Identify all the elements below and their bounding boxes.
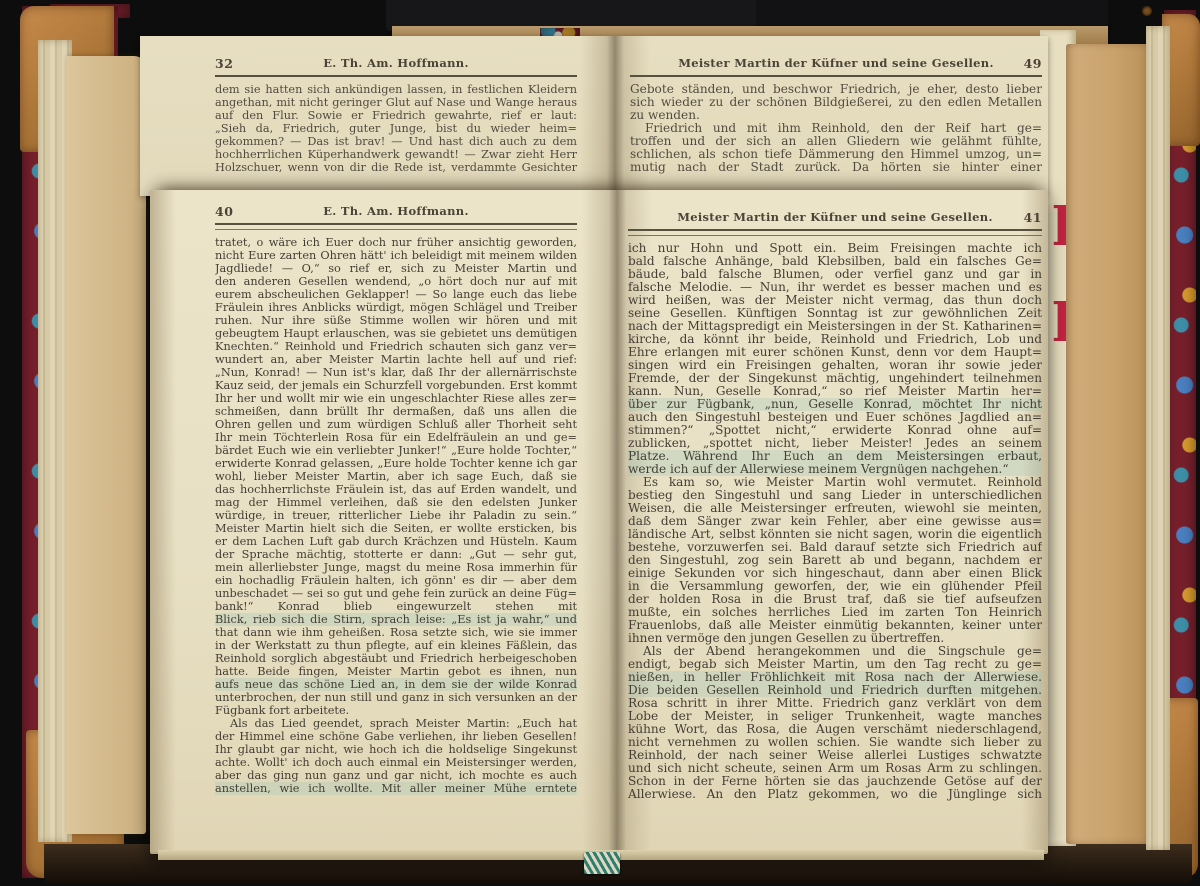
text-line: der Himmel eine schöne Gabe verliehen, i…	[215, 730, 577, 743]
page-40-text: tratet, o wäre ich Euer doch nur früher …	[215, 236, 577, 795]
text-line: endigt, begab sich Meister Martin, um de…	[628, 658, 1042, 671]
text-line: seine Gesellen. Künftigen Sonntag ist zu…	[628, 307, 1042, 320]
text-line: dem sie hatten sich ankündigen lassen, i…	[215, 83, 577, 96]
text-line: stimmen?“ „Spottet nicht,“ erwiderte Kon…	[628, 424, 1042, 437]
spine-headband	[584, 852, 620, 874]
text-line: mag der Himmel verleihen, daß sie den ed…	[215, 496, 577, 509]
text-line: Platze. Während Ihr Euch an dem Meisters…	[628, 450, 1042, 463]
text-line: Holzschuer, wenn von dir die Rede ist, v…	[215, 161, 577, 174]
text-line: unterbrochen, der nun still und ganz in …	[215, 691, 577, 704]
text-line: hatte. Beide fingen, Meister Martin gebo…	[215, 665, 577, 678]
left-edge-shade	[150, 190, 176, 852]
text-line: Fräulein ihres Anblicks würdigt, mögen S…	[215, 301, 577, 314]
text-line: tratet, o wäre ich Euer doch nur früher …	[215, 236, 577, 249]
page-32-header: 32 E. Th. Am. Hoffmann.	[215, 56, 577, 72]
page-49-text: Gebote ständen, und beschwor Friedrich, …	[630, 83, 1042, 174]
text-line: ein hochadlig Fräulein halten, ich gönn'…	[215, 574, 577, 587]
text-line: Kauz seid, der jemals ein Schurzfell vor…	[215, 379, 577, 392]
running-header: Meister Martin der Küfner und seine Gese…	[628, 210, 1042, 224]
main-page-spread: 40 E. Th. Am. Hoffmann. tratet, o wäre i…	[150, 190, 1048, 854]
text-line: das hochherrlichste Fräulein ist, das au…	[215, 483, 577, 496]
text-line: Ihr glaubt gar nicht, wie hoch ich die h…	[215, 743, 577, 756]
text-line: kann. Nun, Geselle Konrad,“ so rief Meis…	[628, 385, 1042, 398]
page-41: Meister Martin der Küfner und seine Gese…	[628, 210, 1042, 801]
text-line: eurem abscheulichen Geklapper! — So lang…	[215, 288, 577, 301]
text-line: aber das ging nun ganz und gar nicht, ic…	[215, 769, 577, 782]
text-line: bald falsche Anhänge, bald Klebsilben, b…	[628, 255, 1042, 268]
page-49: Meister Martin der Küfner und seine Gese…	[630, 56, 1042, 174]
text-line: achte. Wollt' ich doch auch einmal ein M…	[215, 756, 577, 769]
text-line: anstellen, wie ich wollte. Mit aller mei…	[215, 782, 577, 795]
text-line: über zur Fügbank, „nun, Geselle Konrad, …	[628, 398, 1042, 411]
text-line: Ihr mein Töchterlein Rosa für ein Edelfr…	[215, 431, 577, 444]
text-line: Lobe der Meister, in seliger Trunkenheit…	[628, 710, 1042, 723]
page-32: 32 E. Th. Am. Hoffmann. dem sie hatten s…	[215, 56, 577, 174]
text-line: daß dem Sänger zwar kein Fehler, aber ei…	[628, 515, 1042, 528]
text-line: mußte, ein solches herrliches Lied im za…	[628, 606, 1042, 619]
text-line: Frauenlobs, daß alle Meister einmütig be…	[628, 619, 1042, 632]
text-line: bank!“ Konrad blieb eingewurzelt stehen …	[215, 600, 577, 613]
header-rule-secondary	[215, 229, 577, 230]
text-line: den anderen Gesellen wendend, „o hört do…	[215, 275, 577, 288]
text-line: ländische Art, selbst könnten sie nicht …	[628, 528, 1042, 541]
text-line: Reinhold, der nach seiner Weise allerlei…	[628, 749, 1042, 762]
running-header: Meister Martin der Küfner und seine Gese…	[630, 56, 1042, 70]
text-line: Es kam so, wie Meister Martin wohl vermu…	[628, 476, 1042, 489]
text-line: Jagdliede! — O,“ so rief er, sich zu Mei…	[215, 262, 577, 275]
text-line: würdige, in treuer, ritterlicher Liebe i…	[215, 509, 577, 522]
text-line: nicht Eure zarten Ohren hätt' ich beleid…	[215, 249, 577, 262]
text-line: schlichen, als schon tiefe Dämmerung den…	[630, 148, 1042, 161]
text-line: Weisen, die alle Meistersinger erfreuten…	[628, 502, 1042, 515]
text-line: nießen, in heller Fröhlichkeit mit Rosa …	[628, 671, 1042, 684]
text-line: falsche Melodie. — Nun, ihr werdet es be…	[628, 281, 1042, 294]
page-41-header: Meister Martin der Küfner und seine Gese…	[628, 210, 1042, 226]
page-number: 49	[1024, 56, 1042, 71]
text-line: Knechten.“ Reinhold und Friedrich schaut…	[215, 340, 577, 353]
page-49-header: Meister Martin der Küfner und seine Gese…	[630, 56, 1042, 72]
header-rule	[630, 75, 1042, 77]
text-line: „Nun, Konrad! — Nun ist's klar, daß Ihr …	[215, 366, 577, 379]
text-line: singen wird ein Freisingen gehalten, wor…	[628, 359, 1042, 372]
text-line: Friedrich und mit ihm Reinhold, den der …	[630, 122, 1042, 135]
text-line: Meister Martin hielt sich die Seiten, er…	[215, 522, 577, 535]
text-line: nicht vernehmen zu wollen schien. Sie wa…	[628, 736, 1042, 749]
tan-blank-leaf-left	[66, 56, 146, 834]
text-line: gebeugtem Haupt erlauschen, was sie gebi…	[215, 327, 577, 340]
text-line: der Sprache mächtig, stotterte er dann: …	[215, 548, 577, 561]
text-line: schmeißen, dann brüllt Ihr dermaßen, daß…	[215, 405, 577, 418]
text-line: hochherrlichen Küperhandwerk gewandt! — …	[215, 148, 577, 161]
text-line: kühne Wort, das Rosa, die Augen verschäm…	[628, 723, 1042, 736]
header-rule	[215, 223, 577, 225]
text-line: ihnen vermöge den jungen Gesellen zu übe…	[628, 632, 1042, 645]
page-number: 32	[215, 56, 233, 71]
tan-blank-leaf-right	[1066, 44, 1150, 844]
text-line: Als der Abend herangekommen und die Sing…	[628, 645, 1042, 658]
text-line: bärdet Euch wie ein verliebter Junker!“ …	[215, 444, 577, 457]
page-32-text: dem sie hatten sich ankündigen lassen, i…	[215, 83, 577, 174]
text-line: kirche, da könnt ihr beide, Reinhold und…	[628, 333, 1042, 346]
text-line: Allerwiese. An den Platz gekommen, wo di…	[628, 788, 1042, 801]
page-number: 41	[1024, 210, 1042, 225]
text-line: erwiderte Konrad gelassen, „Eure holde T…	[215, 457, 577, 470]
text-line: bestieg den Singestuhl und sang Lieder i…	[628, 489, 1042, 502]
text-line: Fügbank fort arbeitete.	[215, 704, 577, 717]
text-line: Als das Lied geendet, sprach Meister Mar…	[215, 717, 577, 730]
upper-page-spread: 32 E. Th. Am. Hoffmann. dem sie hatten s…	[140, 36, 1048, 196]
text-line: wundert an, aber Meister Martin lachte h…	[215, 353, 577, 366]
text-line: Schon in der Ferne hörten sie das jauchz…	[628, 775, 1042, 788]
text-line: that dann wie ihm geheißen. Rosa setzte …	[215, 626, 577, 639]
running-header: E. Th. Am. Hoffmann.	[215, 204, 577, 218]
text-line: Die beiden Gesellen Reinhold und Friedri…	[628, 684, 1042, 697]
text-line: nach der Mittagspredigt ein Meistersinge…	[628, 320, 1042, 333]
text-line: unbeschadet — sei so gut und gehe fein z…	[215, 587, 577, 600]
text-line: aufs neue das schöne Lied an, in dem sie…	[215, 678, 577, 691]
header-rule	[215, 75, 577, 77]
text-line: auf den Flur. Sowie er Friedrich gewahrt…	[215, 109, 577, 122]
text-line: einige Sekunden vor sich hingeschaut, da…	[628, 567, 1042, 580]
text-line: Gebote ständen, und beschwor Friedrich, …	[630, 83, 1042, 96]
text-line: mein allerliebster Junge, magst du meine…	[215, 561, 577, 574]
page-number: 40	[215, 204, 233, 219]
text-line: Fremde, der der Singekunst mächtig, unge…	[628, 372, 1042, 385]
text-line: bestehe, vorzuwerfen sei. Bald darauf se…	[628, 541, 1042, 554]
text-line: Ihr her und wollt mir wie ein ungeschlac…	[215, 392, 577, 405]
text-line: „Sieh da, Friedrich, guter Junge, bist d…	[215, 122, 577, 135]
text-line: auch den Singestuhl besteigen und Euer s…	[628, 411, 1042, 424]
text-line: in die Versammlung geworfen, der, wie ei…	[628, 580, 1042, 593]
text-line: zublicken, „spottet nicht, lieber Meiste…	[628, 437, 1042, 450]
text-line: Ehre erlangen mit eurer schönen Kunst, d…	[628, 346, 1042, 359]
text-line: mutig nach der Stadt zurück. Da hörten s…	[630, 161, 1042, 174]
text-line: werde ich auf der Allerwiese meinem Verg…	[628, 463, 1042, 476]
text-line: bäude, bald falsche Blumen, oder verfiel…	[628, 268, 1042, 281]
text-line: zu wenden.	[630, 109, 1042, 122]
text-line: ruhen. Nur ihre süße Stimme wollen wir h…	[215, 314, 577, 327]
text-line: und sich nicht scheute, seinen Arm um Ro…	[628, 762, 1042, 775]
page-40: 40 E. Th. Am. Hoffmann. tratet, o wäre i…	[215, 204, 577, 795]
text-line: troffen und der sich an allen Gliedern w…	[630, 135, 1042, 148]
spine-cord-knot	[1142, 6, 1152, 16]
text-line: er dem Lachen Luft gab durch Krächzen un…	[215, 535, 577, 548]
book-photo: l l 32 E. Th. Am. Hoffmann. dem sie hatt…	[0, 0, 1200, 886]
page-40-header: 40 E. Th. Am. Hoffmann.	[215, 204, 577, 220]
text-line: der holden Rosa in die Brust traf, daß s…	[628, 593, 1042, 606]
page-41-text: ich nur Hohn und Spott ein. Beim Freisin…	[628, 242, 1042, 801]
right-page-edge-stack	[1146, 26, 1170, 850]
text-line: Rosa schritt in ihrer Mitte. Friedrich g…	[628, 697, 1042, 710]
text-line: Ohren gellen und zum würdigen Schluß all…	[215, 418, 577, 431]
text-line: den Singestuhl, zog sein Barett ab und b…	[628, 554, 1042, 567]
text-line: wird heißen, was der Meister nicht verma…	[628, 294, 1042, 307]
header-rule	[628, 229, 1042, 231]
running-header: E. Th. Am. Hoffmann.	[215, 56, 577, 70]
text-line: sich wieder zu der schönen Bildgießerei,…	[630, 96, 1042, 109]
text-line: gekommen? — Das ist brav! — Und hast dic…	[215, 135, 577, 148]
text-line: wohl, lieber Meister Martin, aber ich sa…	[215, 470, 577, 483]
text-line: Reinhold sorglich abgestäubt und Friedri…	[215, 652, 577, 665]
text-line: ich nur Hohn und Spott ein. Beim Freisin…	[628, 242, 1042, 255]
header-rule-secondary	[628, 235, 1042, 236]
text-line: in der Werkstatt zu thun pflegte, auf ei…	[215, 639, 577, 652]
text-line: Blick, rieb sich die Stirn, sprach leise…	[215, 613, 577, 626]
text-line: angethan, mit nicht geringer Glut auf Na…	[215, 96, 577, 109]
